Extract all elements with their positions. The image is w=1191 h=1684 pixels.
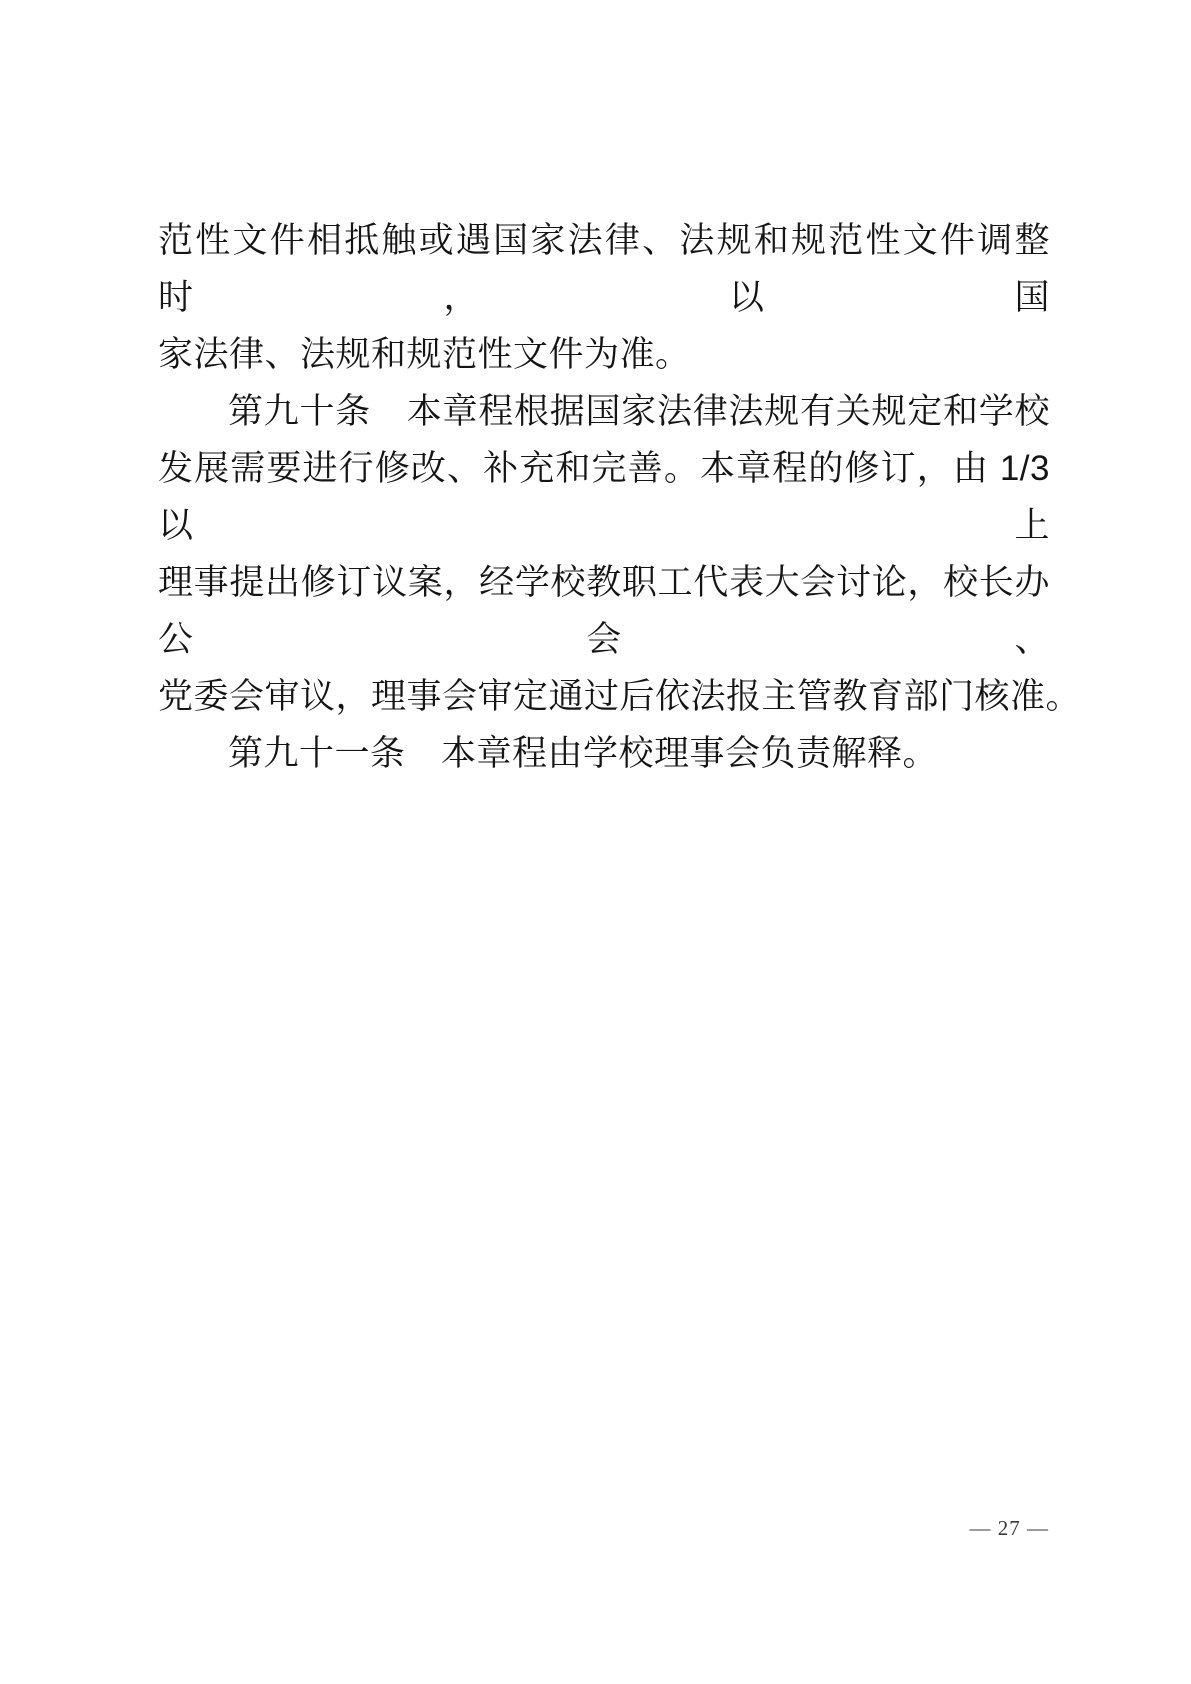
page-number: — 27 — xyxy=(970,1516,1050,1541)
document-body: 范性文件相抵触或遇国家法律、法规和规范性文件调整时，以国 家法律、法规和规范性文… xyxy=(158,212,1050,782)
text-line: 理事提出修订议案，经学校教职工代表大会讨论，校长办公会、 xyxy=(158,554,1050,668)
text-line: 党委会审议，理事会审定通过后依法报主管教育部门核准。 xyxy=(158,668,1050,725)
text-line: 家法律、法规和规范性文件为准。 xyxy=(158,326,1050,383)
text-line: 发展需要进行修改、补充和完善。本章程的修订，由 1/3 以上 xyxy=(158,440,1050,554)
text-line-article-91: 第九十一条 本章程由学校理事会负责解释。 xyxy=(158,725,1050,782)
text-line: 范性文件相抵触或遇国家法律、法规和规范性文件调整时，以国 xyxy=(158,212,1050,326)
document-page: 范性文件相抵触或遇国家法律、法规和规范性文件调整时，以国 家法律、法规和规范性文… xyxy=(0,0,1191,1684)
text-line-article-90: 第九十条 本章程根据国家法律法规有关规定和学校 xyxy=(158,383,1050,440)
